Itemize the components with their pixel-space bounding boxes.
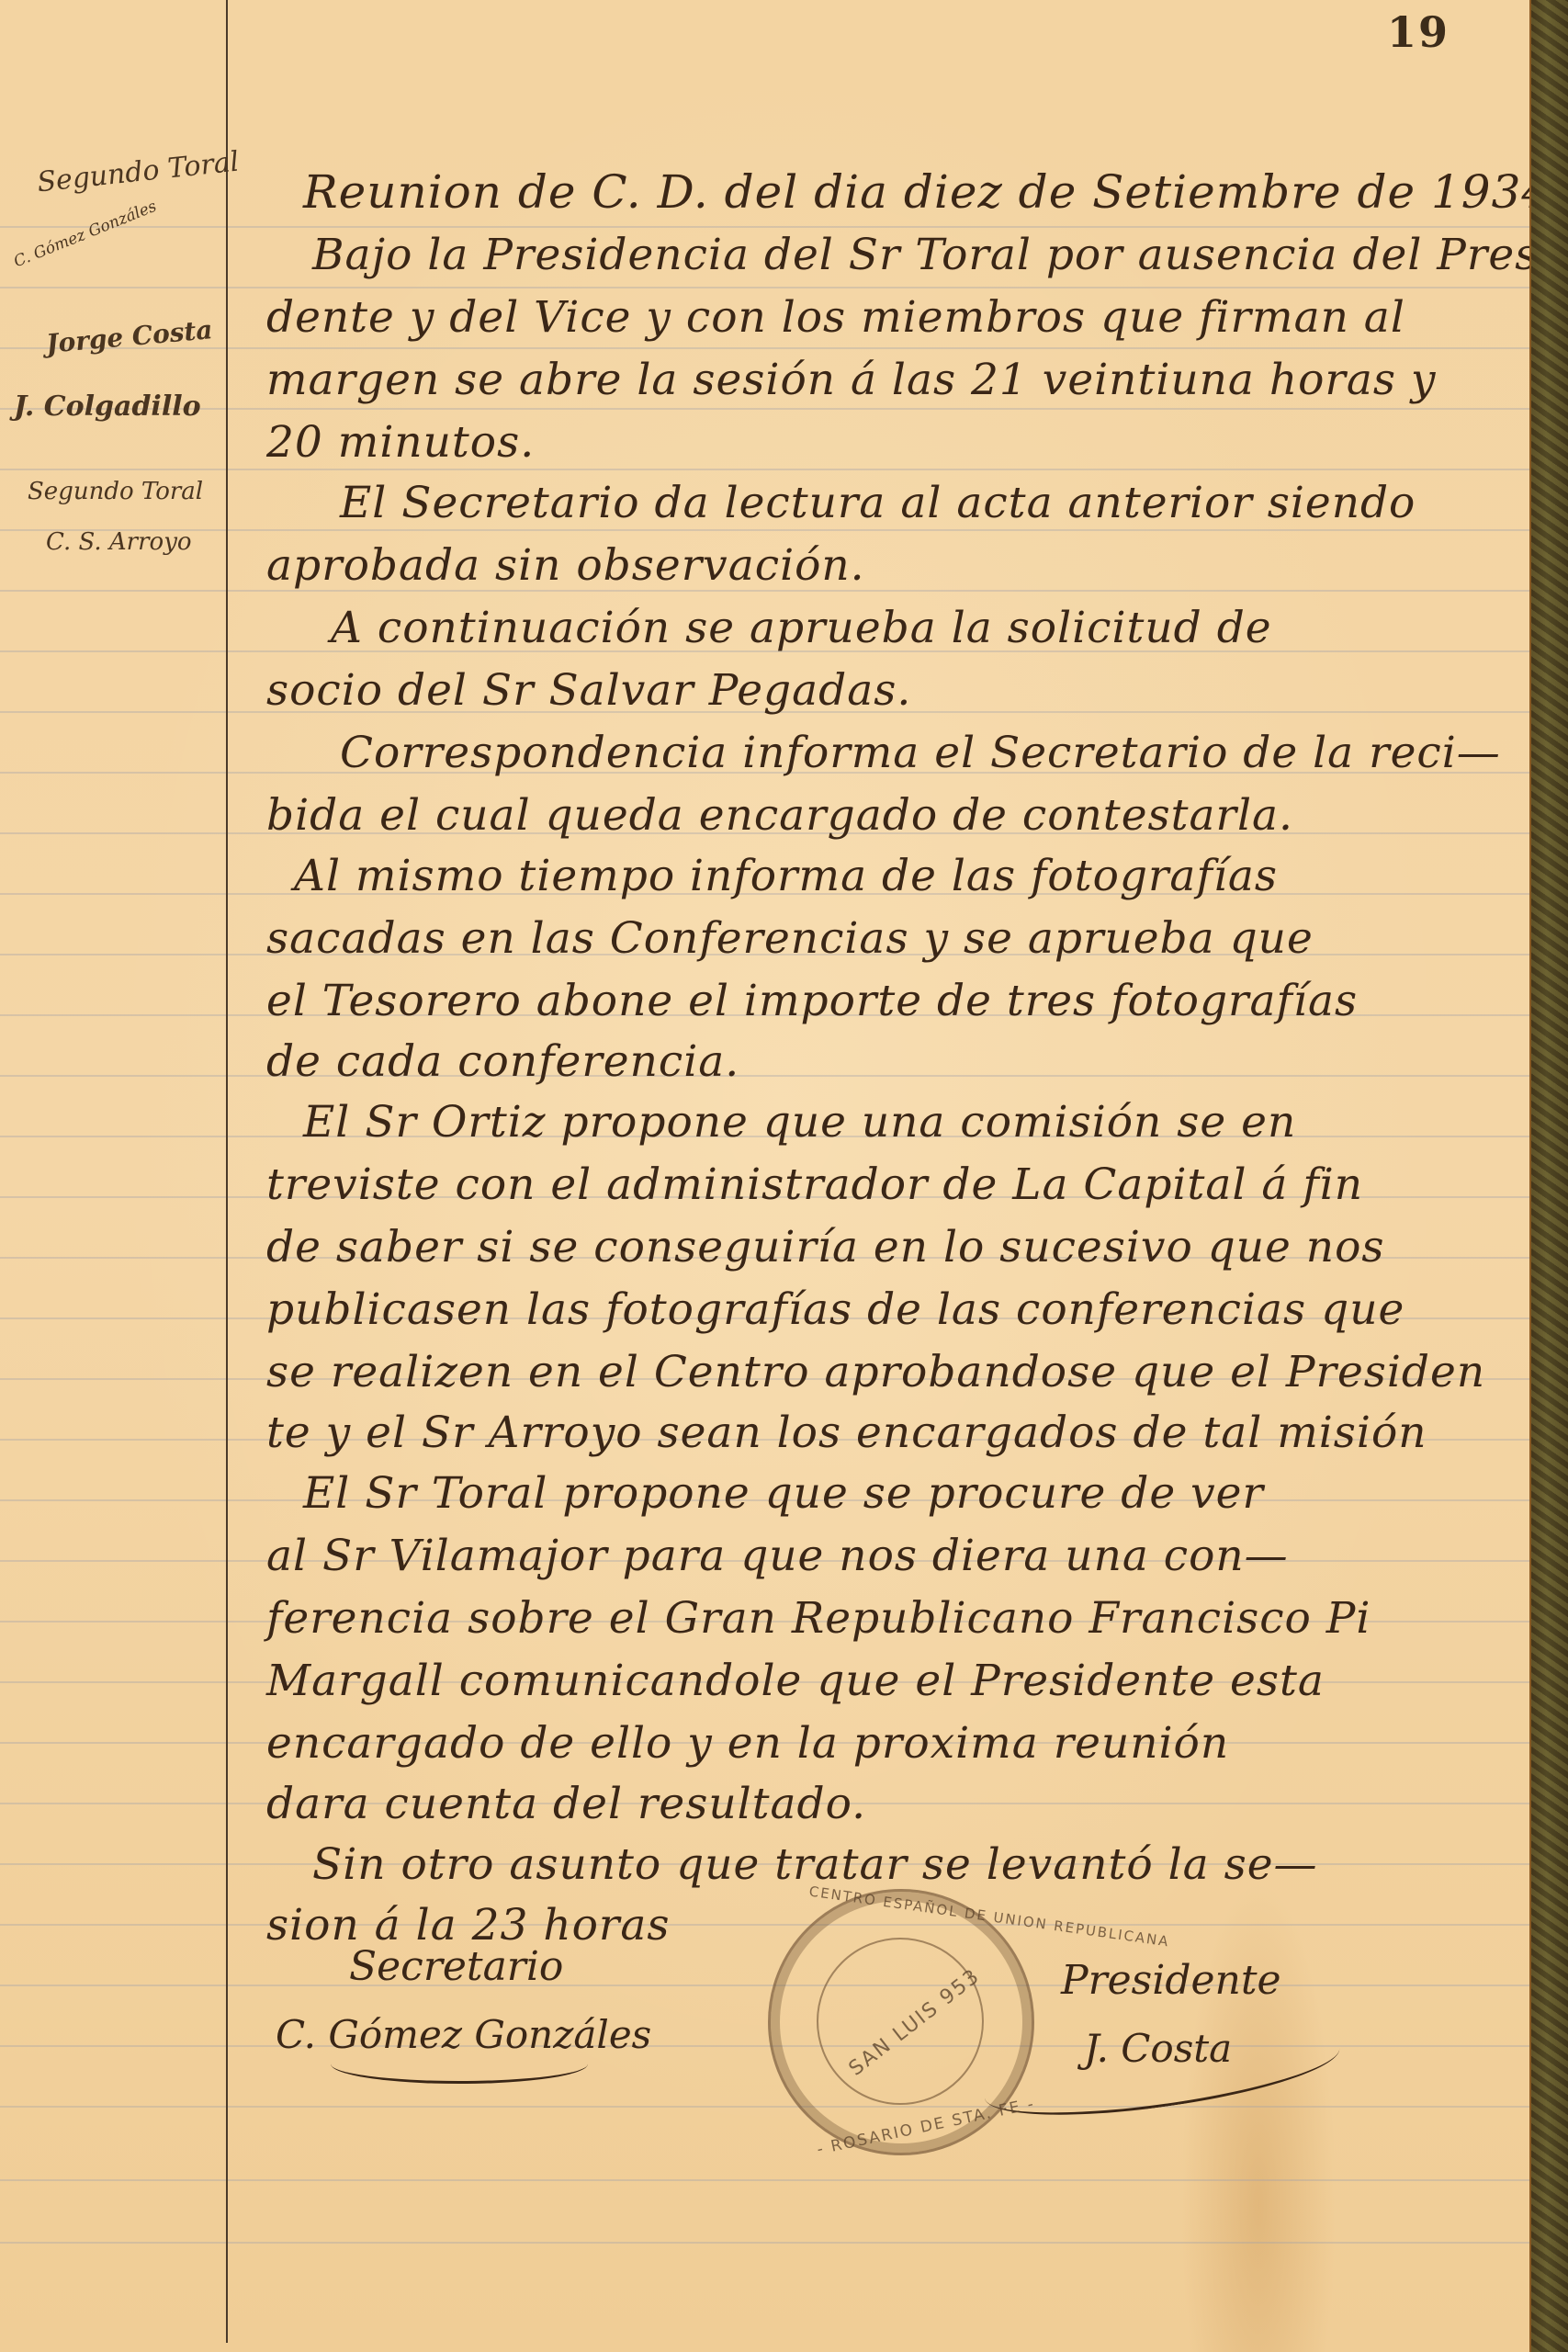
minutes-line: Margall comunicandole que el Presidente … <box>266 1656 1325 1706</box>
rule-line <box>0 1924 1529 1926</box>
rule-line <box>0 408 1529 410</box>
minutes-line: A continuación se aprueba la solicitud d… <box>331 603 1272 653</box>
margin-signature: Segundo Toral <box>36 146 241 199</box>
minutes-line: al Sr Vilamajor para que nos diera una c… <box>266 1531 1289 1581</box>
minutes-line: de saber si se conseguiría en lo sucesiv… <box>266 1222 1384 1272</box>
stamp-ring-text-bottom: - ROSARIO DE STA. FE - <box>816 2095 1037 2159</box>
rule-line <box>0 1075 1529 1077</box>
margin-signature: C. S. Arroyo <box>46 528 192 556</box>
rule-line <box>0 287 1529 288</box>
minutes-line: treviste con el administrador de La Capi… <box>266 1159 1363 1210</box>
minutes-line: El Sr Toral propone que se procure de ve… <box>303 1468 1264 1519</box>
margin-signature: Jorge Costa <box>45 314 214 359</box>
minutes-line: bida el cual queda encargado de contesta… <box>266 790 1293 841</box>
institution-stamp: CENTRO ESPAÑOL DE UNION REPUBLICANA SAN … <box>768 1889 1034 2155</box>
minutes-line: 20 minutos. <box>266 417 535 468</box>
minutes-line: Al mismo tiempo informa de las fotografí… <box>294 851 1278 901</box>
minutes-line: socio del Sr Salvar Pegadas. <box>266 665 911 716</box>
rule-line <box>0 1984 1529 1986</box>
secretary-flourish <box>331 2044 588 2084</box>
minutes-line: encargado de ello y en la proxima reunió… <box>266 1718 1229 1769</box>
margin-signature: C. Gómez Gonzáles <box>11 198 159 272</box>
ledger-page: 19 Segundo Toral C. Gómez Gonzáles Jorge… <box>0 0 1529 2352</box>
minutes-line: ferencia sobre el Gran Republicano Franc… <box>266 1593 1371 1644</box>
margin-signature: Segundo Toral <box>28 478 203 505</box>
minutes-line: se realizen en el Centro aprobandose que… <box>266 1347 1485 1397</box>
minutes-line: publicasen las fotografías de las confer… <box>266 1284 1404 1335</box>
margin-line <box>226 0 228 2343</box>
minutes-line: aprobada sin observación. <box>266 540 865 591</box>
minutes-line: El Secretario da lectura al acta anterio… <box>340 478 1416 528</box>
minutes-line: dente y del Vice y con los miembros que … <box>266 292 1405 343</box>
page-number: 19 <box>1387 7 1450 57</box>
minutes-title: Reunion de C. D. del dia diez de Setiemb… <box>303 165 1551 219</box>
president-label: Presidente <box>1061 1957 1281 2004</box>
rule-line <box>0 226 1529 228</box>
minutes-line: el Tesorero abone el importe de tres fot… <box>266 976 1358 1026</box>
minutes-line: te y el Sr Arroyo sean los encargados de… <box>266 1408 1427 1458</box>
book-binding <box>1529 0 1568 2352</box>
rule-line <box>0 529 1529 531</box>
rule-line <box>0 2179 1529 2181</box>
secretary-label: Secretario <box>349 1943 563 1990</box>
minutes-line: Bajo la Presidencia del Sr Toral por aus… <box>312 230 1568 280</box>
margin-signature: J. Colgadillo <box>14 390 201 423</box>
rule-line <box>0 347 1529 349</box>
minutes-line: El Sr Ortiz propone que una comisión se … <box>303 1097 1296 1148</box>
margin-signatures: Segundo Toral C. Gómez Gonzáles Jorge Co… <box>9 138 220 560</box>
minutes-line: Correspondencia informa el Secretario de… <box>340 728 1501 778</box>
rule-line <box>0 469 1529 470</box>
rule-line <box>0 2242 1529 2244</box>
minutes-line: sacadas en las Conferencias y se aprueba… <box>266 913 1314 964</box>
stamp-ring-text-top: CENTRO ESPAÑOL DE UNION REPUBLICANA <box>808 1883 1171 1951</box>
rule-line <box>0 2106 1529 2108</box>
minutes-line: dara cuenta del resultado. <box>266 1779 866 1829</box>
minutes-line: margen se abre la sesión á las 21 veinti… <box>266 355 1437 405</box>
minutes-line: de cada conferencia. <box>266 1036 739 1087</box>
minutes-line: Sin otro asunto que tratar se levantó la… <box>312 1839 1318 1890</box>
